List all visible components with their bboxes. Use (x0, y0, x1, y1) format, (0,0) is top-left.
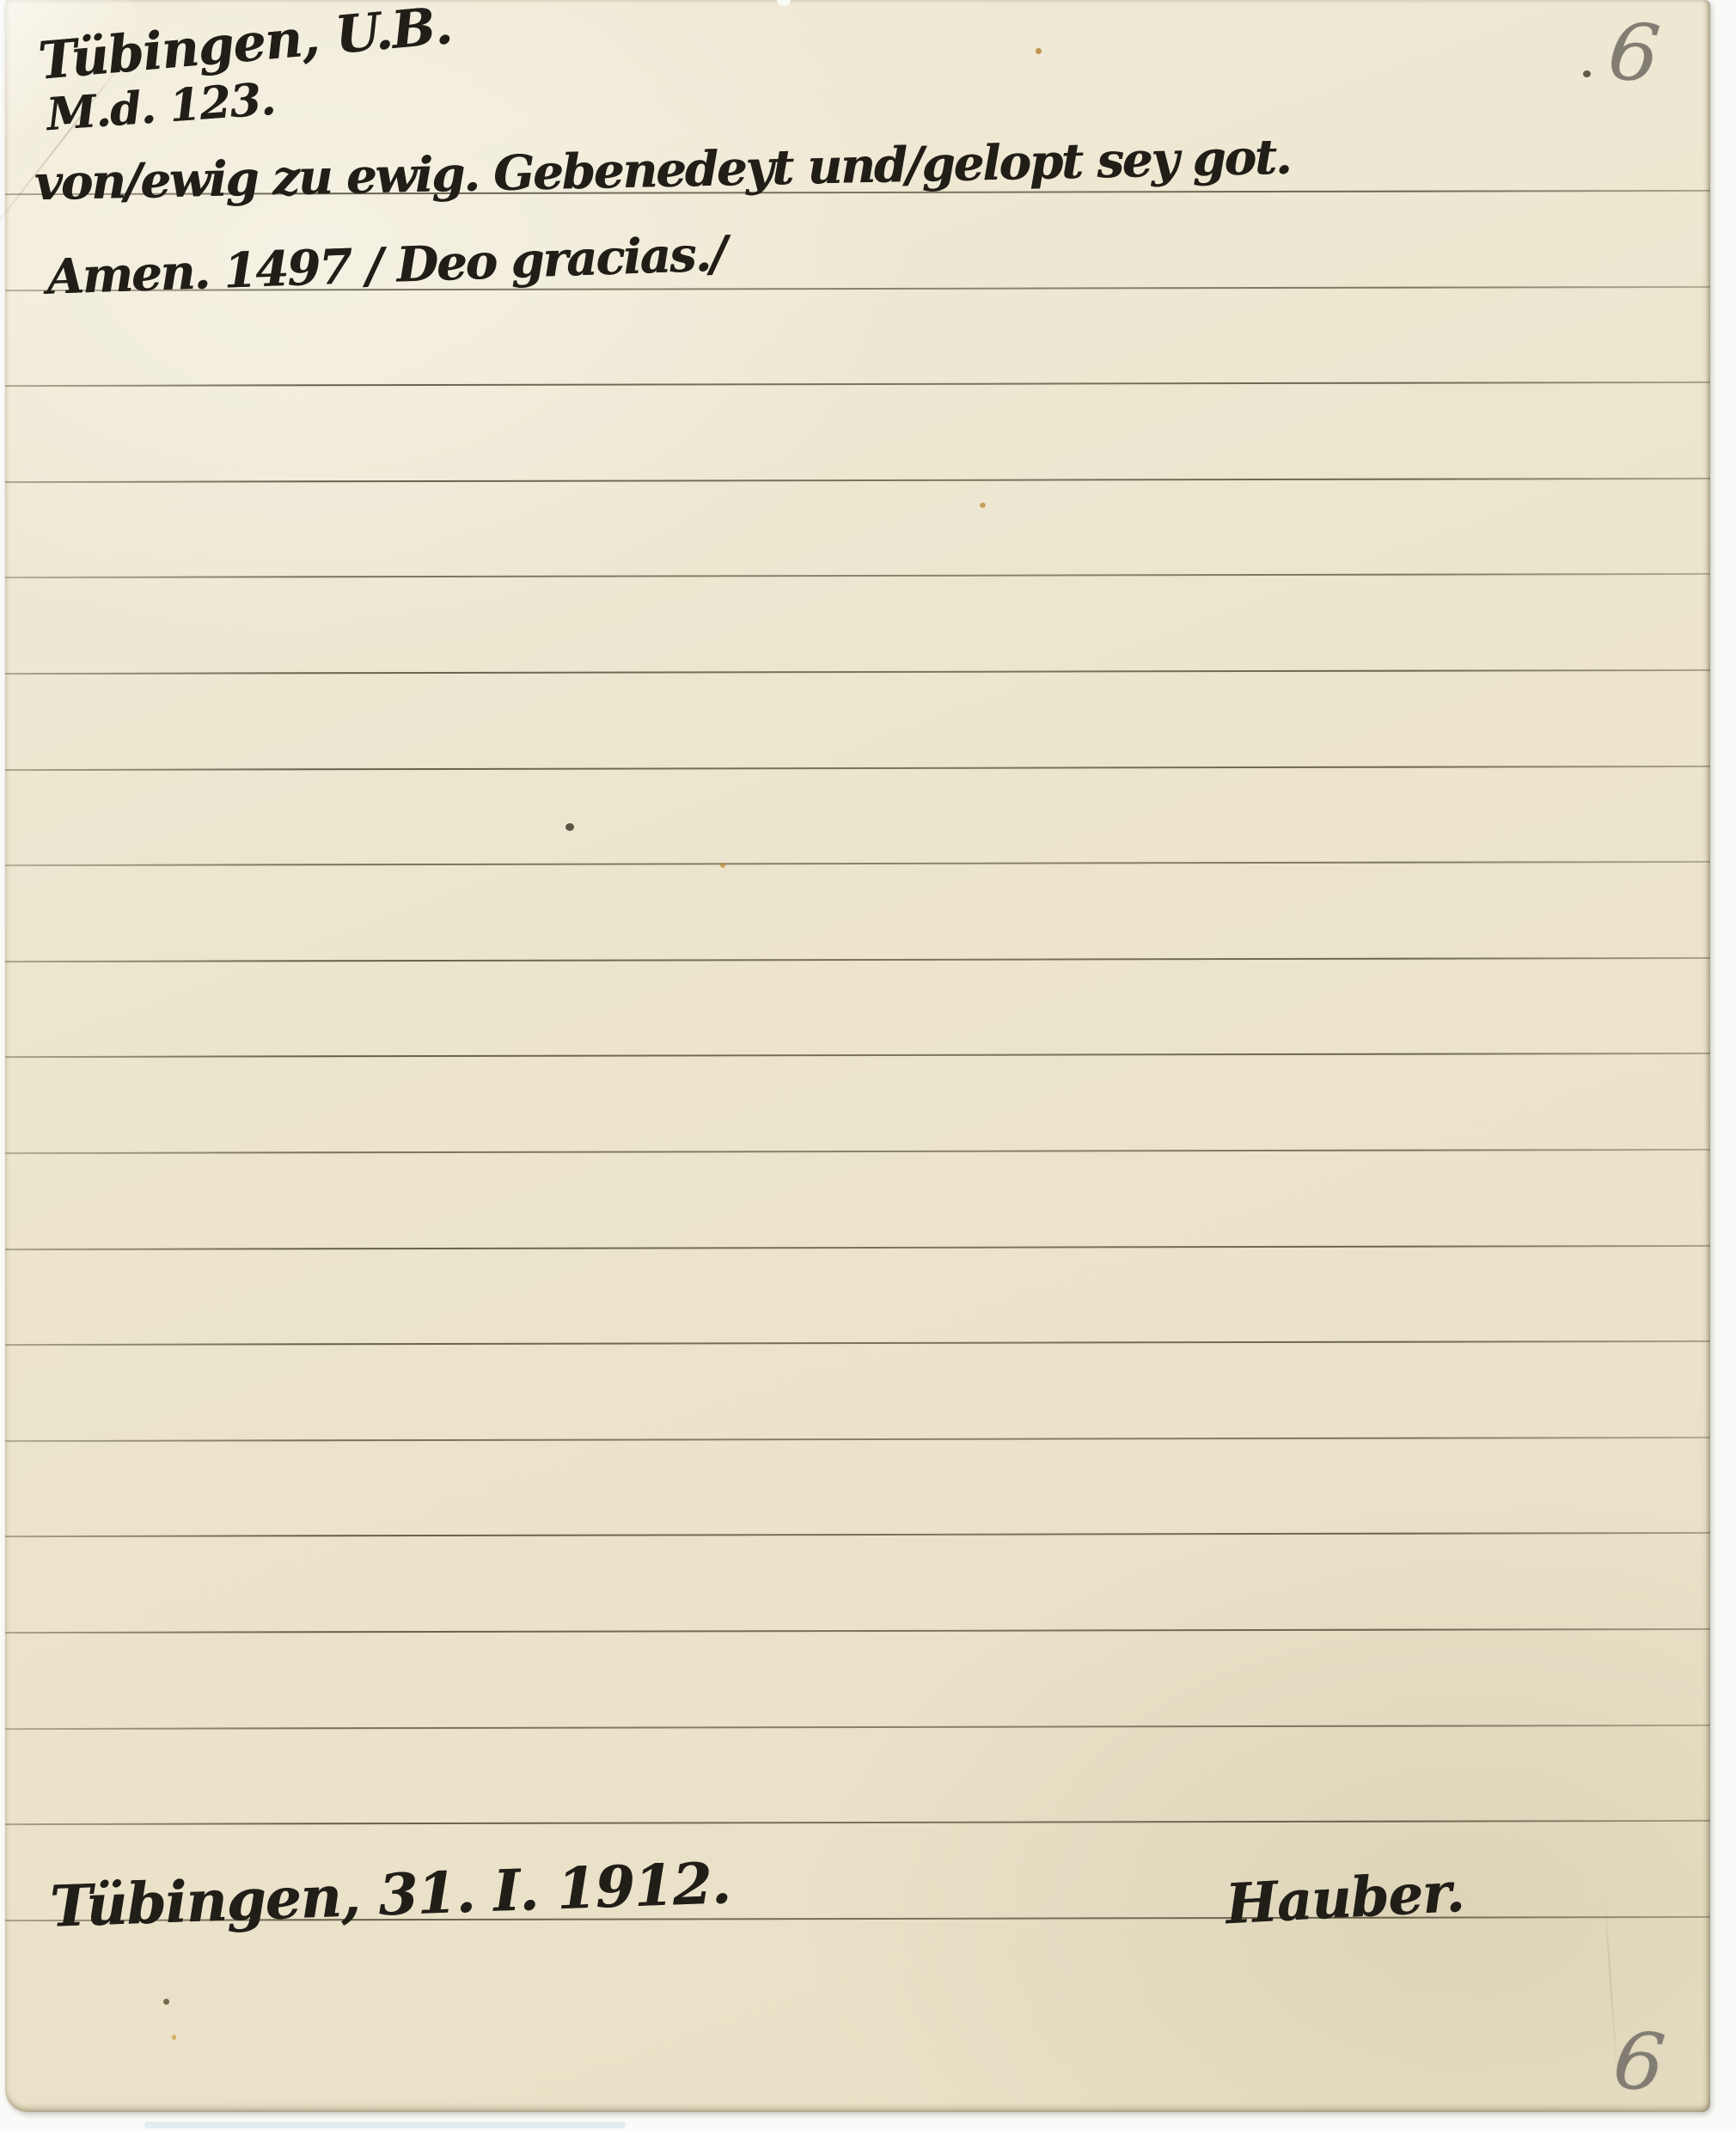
ruled-line (5, 766, 1710, 771)
page-number-bottom-right: 6 (1610, 2013, 1669, 2110)
ruled-line (5, 669, 1710, 675)
scanned-paper-page: Tübingen, U.B. M.d. 123. von/ewig zu ewi… (5, 0, 1710, 2112)
body-text-line-2: Amen. 1497 / Deo gracias./ (46, 225, 726, 306)
ruled-line (5, 861, 1710, 866)
page-number-top-right: 6 (1605, 4, 1664, 101)
body-text-line-1: von/ewig zu ewig. Gebenedeyt und/gelopt … (34, 129, 1290, 212)
paper-speck (565, 823, 574, 831)
paper-speck (980, 503, 986, 508)
paper-speck (163, 1999, 169, 2005)
ruled-line (5, 1820, 1710, 1825)
paper-speck (172, 2035, 176, 2040)
scanner-edge-artifact (144, 2122, 626, 2128)
paper-edge-notch (777, 0, 791, 6)
paper-speck (1583, 70, 1591, 77)
ruled-line (5, 1628, 1710, 1633)
footer-signature: Hauber. (1224, 1860, 1465, 1937)
paper-speck (720, 863, 725, 868)
ruled-line (5, 1340, 1710, 1346)
ruled-line (5, 1053, 1710, 1058)
ruled-line (5, 478, 1710, 483)
ruled-line (5, 573, 1710, 578)
paper-speck (1036, 48, 1042, 54)
ruled-line (5, 1149, 1710, 1154)
ruled-line (5, 1725, 1710, 1730)
ruled-line (5, 382, 1710, 387)
ruled-line (5, 957, 1710, 962)
ruled-line (5, 1437, 1710, 1442)
ruled-line (5, 1532, 1710, 1537)
footer-place-date: Tübingen, 31. I. 1912. (49, 1849, 731, 1940)
ruled-line (5, 1245, 1710, 1250)
